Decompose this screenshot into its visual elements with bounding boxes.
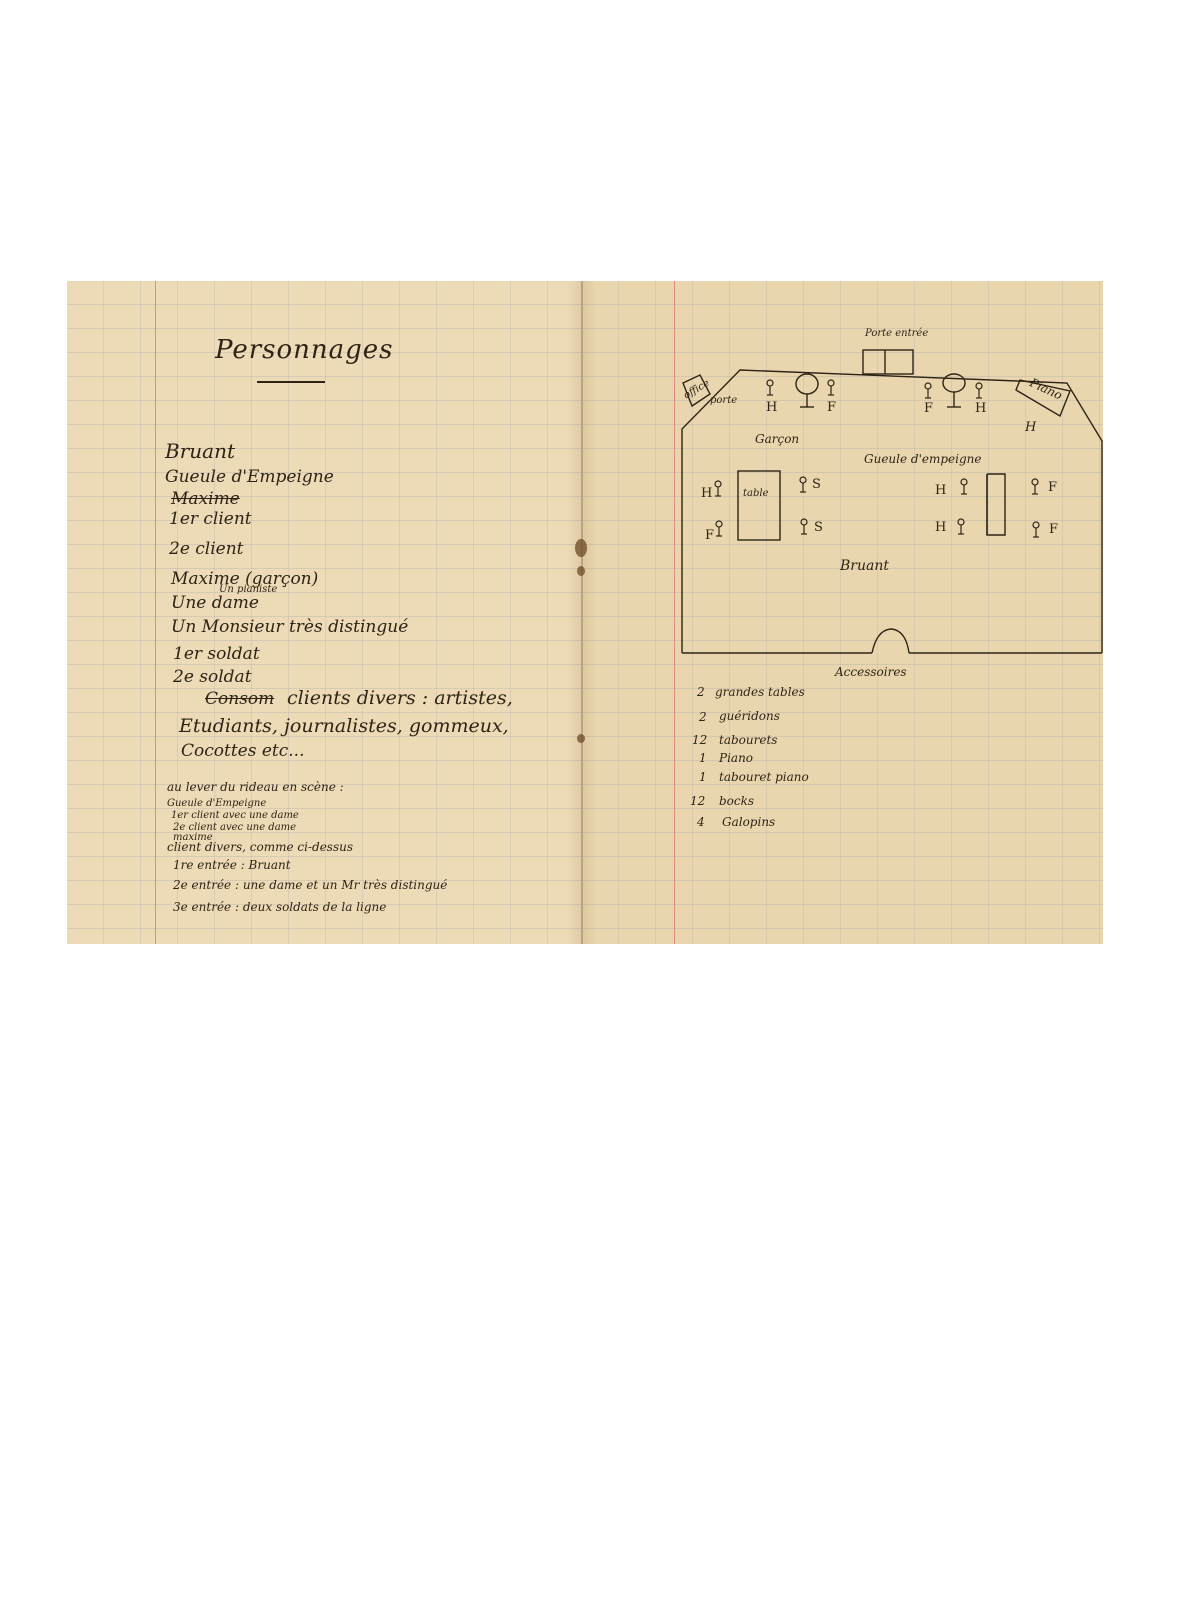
accessory-item: Piano xyxy=(719,752,753,764)
label-porte-entree: Porte entrée xyxy=(865,329,928,339)
accessory-item: tabourets xyxy=(719,734,777,746)
character-monsieur: Un Monsieur très distingué xyxy=(171,619,408,636)
character-soldat-2: 2e soldat xyxy=(173,669,252,686)
notebook-binding xyxy=(581,281,583,944)
accessory-qty: 12 xyxy=(690,795,705,807)
seat-letter: S xyxy=(812,478,821,491)
accessory-item: grandes tables xyxy=(715,686,805,698)
seat-letter: H xyxy=(1025,421,1036,434)
accessory-item: guéridons xyxy=(719,710,780,722)
label-porte: porte xyxy=(710,396,737,406)
door-shape xyxy=(863,350,913,374)
stage-note: Gueule d'Empeigne xyxy=(167,799,266,809)
seat-letter: H xyxy=(701,487,712,500)
seat-letter: H xyxy=(935,484,946,497)
seat-letter: S xyxy=(814,521,823,534)
table-left xyxy=(738,471,780,540)
accessory-item: tabouret piano xyxy=(719,771,809,783)
accessory-item: Galopins xyxy=(722,816,775,828)
stage-notes-heading: au lever du rideau en scène : xyxy=(167,781,344,793)
character-client-2: 2e client xyxy=(169,541,244,558)
accessoires-heading: Accessoires xyxy=(835,666,907,678)
stage-arch xyxy=(872,629,909,653)
accessory-qty: 12 xyxy=(692,734,707,746)
seat-letter: F xyxy=(1048,481,1057,494)
seat-letter: H xyxy=(975,402,986,415)
accessory-qty: 1 xyxy=(699,752,707,764)
accessory-qty: 1 xyxy=(699,771,707,783)
staple-stain xyxy=(577,566,585,576)
clients-line-3: Cocottes etc... xyxy=(181,743,304,760)
seat-letter: F xyxy=(827,401,836,414)
character-une-dame: Une dame xyxy=(171,595,259,612)
stage-note: 2e entrée : une dame et un Mr très disti… xyxy=(173,879,447,891)
struck-word: Consom xyxy=(205,691,274,708)
character-gueule: Gueule d'Empeigne xyxy=(165,469,334,486)
clients-divers: clients divers : artistes, xyxy=(287,689,513,708)
character-client-1: 1er client xyxy=(169,511,252,528)
margin-rule xyxy=(155,281,156,944)
accessory-qty: 4 xyxy=(697,816,705,828)
character-maxime-struck: Maxime xyxy=(171,491,240,508)
left-page: Personnages Bruant Gueule d'Empeigne Max… xyxy=(67,281,582,944)
stage-note: 1er client avec une dame xyxy=(171,811,299,821)
accessory-item: bocks xyxy=(719,795,754,807)
notebook-spread: Personnages Bruant Gueule d'Empeigne Max… xyxy=(67,281,1103,944)
character-bruant: Bruant xyxy=(165,441,235,461)
stage-note: client divers, comme ci-dessus xyxy=(167,841,353,853)
seat-letter: F xyxy=(924,402,933,415)
seat-letter: F xyxy=(705,529,714,542)
cabaret-floor-plan xyxy=(582,281,1103,944)
seat-letter: H xyxy=(766,401,777,414)
right-page: Porte entrée office porte Piano Garçon G… xyxy=(582,281,1103,944)
page-title: Personnages xyxy=(215,337,394,363)
character-soldat-1: 1er soldat xyxy=(173,646,260,663)
stage-note: 1re entrée : Bruant xyxy=(173,859,291,871)
label-gueule: Gueule d'empeigne xyxy=(864,453,982,465)
staple-stain xyxy=(575,539,587,557)
label-bruant: Bruant xyxy=(840,559,889,573)
seat-letter: H xyxy=(935,521,946,534)
seat-letter: F xyxy=(1049,523,1058,536)
label-table: table xyxy=(743,489,769,499)
accessory-qty: 2 xyxy=(697,686,705,698)
accessory-qty: 2 xyxy=(699,711,707,723)
staple-stain xyxy=(577,734,585,743)
stage-note: 3e entrée : deux soldats de la ligne xyxy=(173,901,386,913)
title-underline xyxy=(257,381,325,383)
label-garcon: Garçon xyxy=(755,433,799,445)
room-outline xyxy=(682,370,1102,653)
clients-line-2: Etudiants, journalistes, gommeux, xyxy=(179,717,509,736)
